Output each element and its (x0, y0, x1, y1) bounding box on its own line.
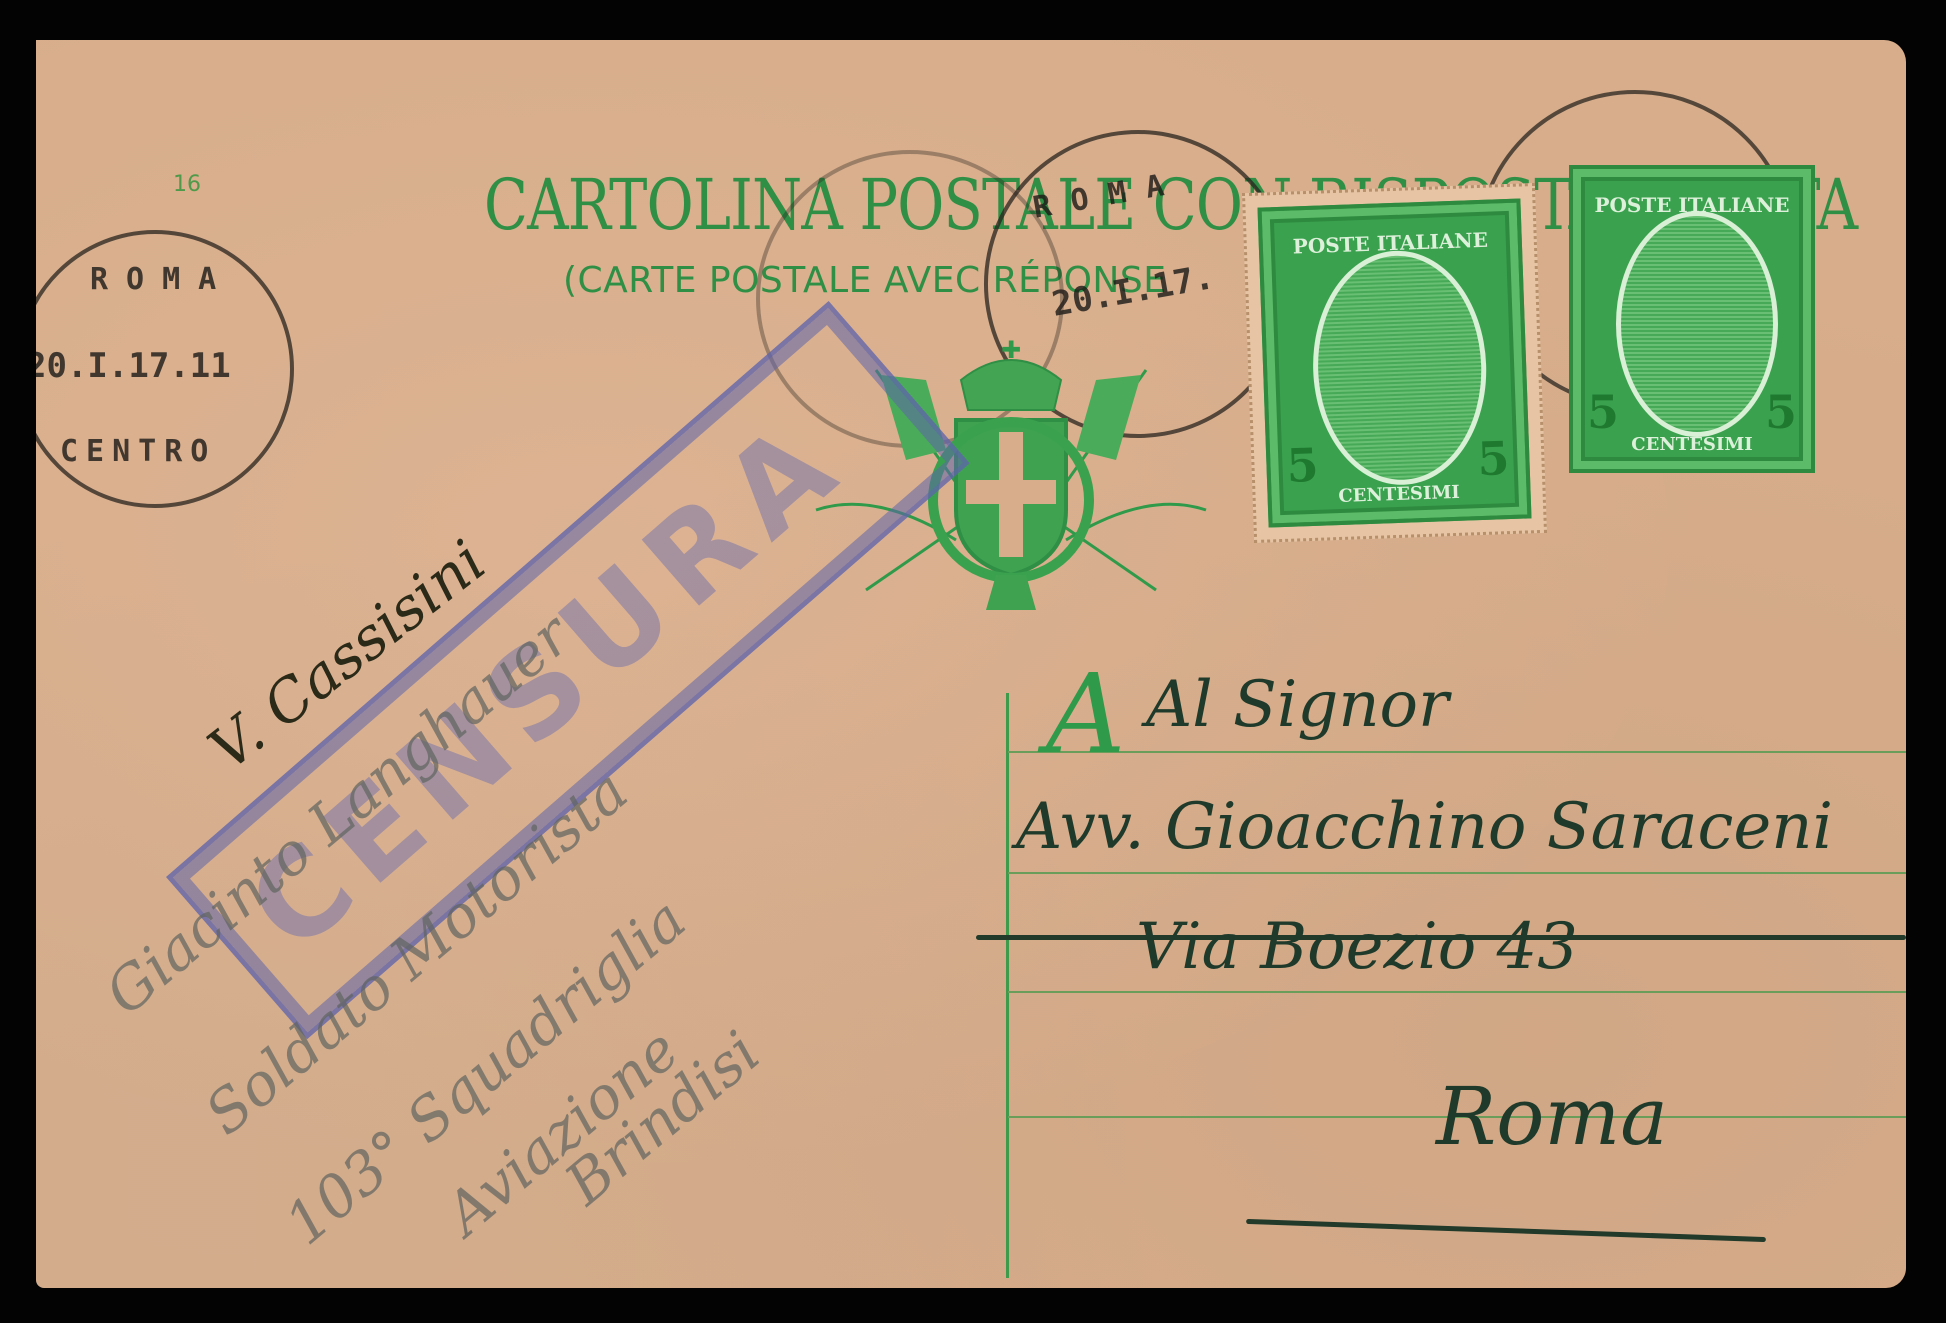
address-rule-2 (1008, 872, 1906, 874)
imprinted-stamp-value-left: 5 (1587, 385, 1619, 439)
postmark-center-date: 20.I.17. (1049, 257, 1217, 325)
imprinted-stamp-denomination: CENTESIMI (1573, 434, 1811, 455)
address-underline-2 (1246, 1219, 1766, 1242)
address-rule-3 (1008, 991, 1906, 993)
postmark-left: ROMA 20.I.17.11 CENTRO (36, 230, 294, 508)
imprinted-stamp-value-right: 5 (1765, 385, 1797, 439)
adhesive-stamp-value-right: 5 (1476, 431, 1510, 486)
address-line-3: Via Boezio 43 (1136, 910, 1578, 984)
adhesive-stamp-value-left: 5 (1286, 438, 1320, 493)
serial-number: 16 (173, 172, 201, 197)
adhesive-stamp: POSTE ITALIANE 5 5 CENTESIMI (1242, 183, 1547, 543)
stamp-portrait-icon (1309, 248, 1490, 489)
postcard: 16 CARTOLINA POSTALE CON RISPOSTA PAGATA… (36, 40, 1906, 1288)
postmark-left-date: 20.I.17.11 (36, 346, 231, 386)
address-prefix: A (1046, 650, 1125, 778)
adhesive-stamp-country: POSTE ITALIANE (1262, 227, 1518, 260)
postmark-left-top-text: ROMA (90, 262, 234, 297)
postmark-center-top-text: ROMA (1030, 165, 1186, 226)
postmark-left-bottom-text: CENTRO (60, 434, 216, 469)
address-rule-1 (1008, 751, 1906, 753)
imprinted-stamp-country: POSTE ITALIANE (1573, 193, 1811, 217)
imprinted-stamp: POSTE ITALIANE 5 5 CENTESIMI (1569, 165, 1815, 473)
address-margin-line (1006, 693, 1009, 1278)
address-line-2: Avv. Gioacchino Saraceni (1016, 790, 1833, 864)
address-line-4: Roma (1436, 1070, 1668, 1163)
stamp-portrait-icon (1616, 211, 1778, 437)
svg-text:✚: ✚ (1001, 340, 1021, 364)
address-line-1: Al Signor (1146, 668, 1449, 742)
